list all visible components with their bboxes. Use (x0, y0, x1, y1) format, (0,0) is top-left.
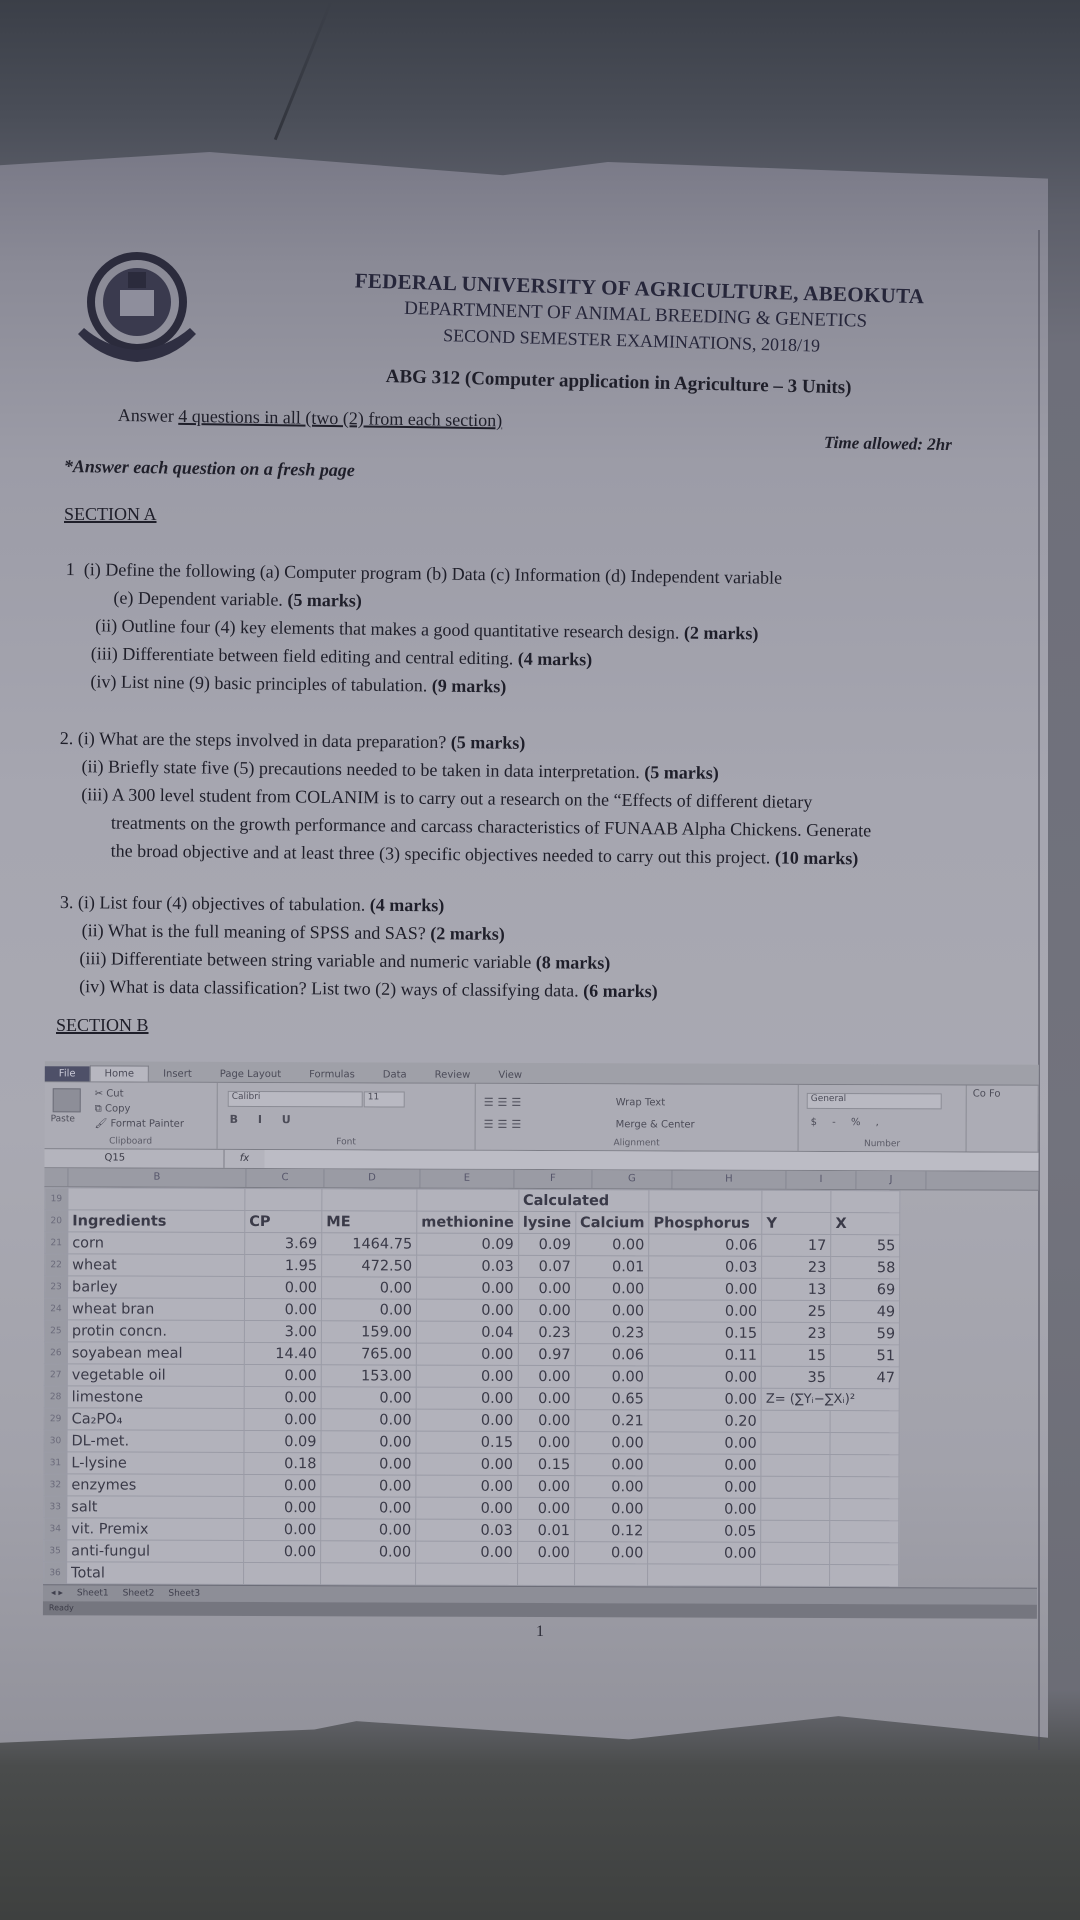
paste-label: Paste (51, 1114, 75, 1124)
value-cell (244, 1562, 321, 1584)
value-cell: 0.00 (417, 1277, 519, 1299)
row-number: 34 (44, 1518, 67, 1540)
tab-file: File (45, 1066, 90, 1081)
value-cell: 0.00 (416, 1497, 518, 1519)
sheet-tab-1: Sheet1 (77, 1588, 109, 1598)
marks: (5 marks) (451, 732, 526, 753)
value-cell: 1464.75 (322, 1233, 417, 1255)
value-cell: 0.00 (321, 1409, 416, 1431)
value-cell: 0.00 (244, 1408, 321, 1430)
ingredient-cell: anti-fungul (67, 1540, 244, 1563)
cell (322, 1189, 417, 1211)
conditional-format-group: Co Fo (967, 1085, 1039, 1151)
marks: (5 marks) (287, 590, 362, 611)
row-number: 22 (45, 1254, 68, 1276)
value-cell: 0.15 (416, 1431, 518, 1453)
value-cell: 0.00 (244, 1474, 321, 1496)
value-cell: 3.00 (244, 1320, 321, 1342)
question-part-cont: treatments on the growth performance and… (111, 813, 871, 841)
col-letter: G (592, 1170, 672, 1188)
value-cell: 0.12 (574, 1520, 647, 1542)
value-cell: 0.00 (321, 1299, 416, 1321)
value-cell: 15 (761, 1344, 830, 1366)
value-cell: 0.00 (321, 1431, 416, 1453)
sheet-nav-icon: ◂ ▸ (51, 1588, 63, 1598)
ingredient-cell: soyabean meal (67, 1342, 244, 1365)
value-cell: 159.00 (321, 1321, 416, 1343)
ingredient-cell: wheat (68, 1254, 245, 1277)
table-row: 21corn3.691464.750.090.090.000.061755 (45, 1232, 900, 1257)
time-allowed: Time allowed: 2hr (824, 433, 952, 455)
table-header-row: 20 Ingredients CP ME methionine lysine C… (45, 1210, 900, 1235)
value-cell: 0.00 (244, 1386, 321, 1408)
question-part: (ii) Briefly state five (5) precautions … (81, 756, 639, 782)
value-cell: 0.00 (575, 1366, 648, 1388)
value-cell: 0.06 (575, 1344, 648, 1366)
value-cell (830, 1477, 899, 1499)
col-letter: J (856, 1171, 926, 1189)
column-header: Y (762, 1212, 831, 1234)
value-cell (517, 1563, 574, 1585)
tab-view: View (484, 1068, 536, 1083)
ingredient-cell: Total (67, 1562, 244, 1585)
value-cell: 0.00 (322, 1277, 417, 1299)
value-cell: 0.09 (417, 1233, 519, 1255)
question-part: (iv) List nine (9) basic principles of t… (90, 671, 427, 695)
table-row: 31L-lysine0.180.000.000.150.000.00 (44, 1452, 899, 1477)
row-number: 25 (44, 1320, 67, 1342)
value-cell: 0.00 (416, 1299, 518, 1321)
table-row: 34vit. Premix0.000.000.030.010.120.05 (44, 1518, 899, 1543)
value-cell: 0.97 (518, 1343, 575, 1365)
value-cell: 0.00 (244, 1298, 321, 1320)
value-cell: 0.23 (575, 1322, 648, 1344)
question-part: (iv) What is data classification? List t… (79, 976, 579, 1000)
value-cell: 0.03 (417, 1255, 519, 1277)
value-cell (761, 1476, 830, 1498)
value-cell: 0.11 (648, 1344, 761, 1366)
value-cell: 0.00 (244, 1518, 321, 1540)
value-cell: 0.00 (416, 1409, 518, 1431)
value-cell: 0.09 (244, 1430, 321, 1452)
number-group: General $ - % , Number (799, 1085, 967, 1152)
value-cell: 0.00 (244, 1364, 321, 1386)
value-cell: 0.00 (518, 1431, 575, 1453)
cut-label: Cut (106, 1088, 123, 1099)
value-cell: 0.00 (575, 1498, 648, 1520)
value-cell (830, 1499, 899, 1521)
value-cell: 13 (762, 1278, 831, 1300)
value-cell: 0.00 (321, 1541, 416, 1563)
table-row: 32enzymes0.000.000.000.000.000.00 (44, 1474, 899, 1499)
value-cell: 0.18 (244, 1452, 321, 1474)
value-cell: 0.00 (416, 1365, 518, 1387)
merge-center-label: Merge & Center (616, 1114, 695, 1136)
value-cell: 69 (831, 1279, 900, 1301)
alignment-group: ☰☰☰☰☰☰ Wrap Text Merge & Center Alignmen… (476, 1084, 799, 1151)
value-cell (830, 1455, 899, 1477)
fresh-page-note: *Answer each question on a fresh page (64, 456, 355, 481)
value-cell: 59 (831, 1323, 900, 1345)
col-letter: F (514, 1170, 592, 1188)
value-cell: 0.00 (648, 1432, 761, 1454)
value-cell: 0.00 (648, 1542, 761, 1564)
value-cell: 47 (830, 1367, 899, 1389)
ingredient-cell: protin concn. (67, 1320, 244, 1343)
table-row: 26soyabean meal14.40765.000.000.970.060.… (44, 1342, 899, 1367)
column-header: methionine (417, 1211, 519, 1233)
value-cell: 0.00 (648, 1498, 761, 1520)
value-cell: 0.15 (518, 1453, 575, 1475)
value-cell: 0.00 (518, 1299, 575, 1321)
value-cell (830, 1565, 899, 1587)
paste-icon (53, 1088, 81, 1112)
table-row: 24wheat bran0.000.000.000.000.000.002549 (44, 1298, 899, 1323)
col-letter: I (786, 1171, 856, 1189)
section-b-title: SECTION B (56, 1015, 149, 1036)
number-format-box: General (807, 1093, 942, 1109)
column-header: CP (245, 1210, 322, 1232)
question-part-cont: the broad objective and at least three (… (111, 841, 771, 868)
value-cell: 17 (762, 1234, 831, 1256)
value-cell: 0.00 (575, 1234, 648, 1256)
value-cell: 0.00 (416, 1343, 518, 1365)
value-cell: 0.00 (416, 1541, 518, 1563)
page-margin-line (1038, 230, 1040, 1750)
answer-count: 4 questions in all (two (2) from each se… (178, 406, 502, 431)
font-format-tools: B I U (230, 1113, 299, 1126)
value-cell (416, 1563, 518, 1585)
value-cell (761, 1564, 830, 1586)
table-row: 33salt0.000.000.000.000.000.00 (44, 1496, 899, 1521)
table-row: 36Total (44, 1562, 899, 1587)
ingredient-cell: vegetable oil (67, 1364, 244, 1387)
value-cell: 0.23 (518, 1321, 575, 1343)
value-cell: 0.07 (518, 1255, 575, 1277)
university-crest-icon (72, 250, 202, 370)
value-cell: 3.69 (245, 1232, 322, 1254)
value-cell: 153.00 (321, 1365, 416, 1387)
col-letter: H (672, 1170, 786, 1188)
row-number: 21 (45, 1232, 68, 1254)
value-cell: 0.15 (649, 1322, 762, 1344)
answer-prefix: Answer (118, 405, 179, 426)
question-part: (i) Define the following (a) Computer pr… (84, 559, 782, 588)
column-header: Ingredients (68, 1210, 245, 1233)
question-number: 2. (60, 728, 74, 748)
col-letter: E (420, 1170, 514, 1188)
marks: (2 marks) (684, 623, 759, 644)
question-part-cont: (e) Dependent variable. (113, 588, 283, 610)
sheet-tab-2: Sheet2 (123, 1589, 155, 1599)
row-number: 33 (44, 1496, 67, 1518)
value-cell: 0.00 (244, 1496, 321, 1518)
name-box: Q15 (44, 1149, 224, 1168)
question-number: 1 (66, 559, 75, 579)
value-cell: 23 (762, 1256, 831, 1278)
page-number: 1 (536, 1623, 544, 1641)
alignment-label: Alignment (476, 1138, 798, 1149)
marks: (5 marks) (644, 762, 719, 783)
ingredient-cell: barley (68, 1276, 245, 1299)
formula-input (264, 1150, 1038, 1171)
number-label: Number (799, 1139, 966, 1150)
value-cell: 0.65 (575, 1388, 648, 1410)
tab-home: Home (90, 1065, 150, 1081)
ingredient-cell: L-lysine (67, 1452, 244, 1475)
value-cell (761, 1498, 830, 1520)
value-cell: 0.00 (648, 1366, 761, 1388)
value-cell: 0.00 (649, 1278, 762, 1300)
value-cell: 0.03 (416, 1519, 518, 1541)
value-cell: 0.00 (575, 1454, 648, 1476)
question-1: 1 (i) Define the following (a) Computer … (64, 555, 782, 704)
value-cell: 0.01 (517, 1519, 574, 1541)
ingredient-cell: DL-met. (67, 1430, 244, 1453)
marks: (10 marks) (775, 847, 859, 868)
table-row: 35anti-fungul0.000.000.000.000.000.00 (44, 1540, 899, 1565)
fx-icon: fx (224, 1150, 264, 1168)
value-cell: 51 (830, 1345, 899, 1367)
spreadsheet-grid: 19 Calculated 20 Ingredients CP ME methi… (43, 1187, 901, 1587)
value-cell: 0.00 (649, 1300, 762, 1322)
value-cell: 0.00 (648, 1388, 761, 1410)
column-header: X (831, 1213, 900, 1235)
value-cell: 0.00 (575, 1278, 648, 1300)
value-cell: 0.00 (416, 1453, 518, 1475)
table-row: 27vegetable oil0.00153.000.000.000.000.0… (44, 1364, 899, 1389)
cut-icon: ✂ (95, 1088, 107, 1099)
table-row: 25protin concn.3.00159.000.040.230.230.1… (44, 1320, 899, 1345)
marks: (6 marks) (583, 981, 658, 1002)
col-letter: B (68, 1168, 246, 1187)
calculated-label: Calculated (518, 1189, 649, 1211)
ingredient-cell: Ca₂PO₄ (67, 1408, 244, 1431)
value-cell: 472.50 (322, 1255, 417, 1277)
font-name-box: Calibri (228, 1091, 363, 1107)
value-cell: 0.00 (648, 1476, 761, 1498)
value-cell: 0.00 (245, 1276, 322, 1298)
tab-page-layout: Page Layout (206, 1067, 295, 1082)
value-cell: 0.00 (321, 1519, 416, 1541)
value-cell (648, 1564, 761, 1586)
value-cell: 0.00 (518, 1365, 575, 1387)
tab-data: Data (369, 1067, 421, 1082)
question-3: 3. (i) List four (4) objectives of tabul… (59, 888, 658, 1005)
value-cell: 23 (762, 1322, 831, 1344)
row-number: 29 (44, 1408, 67, 1430)
value-cell: 0.00 (518, 1277, 575, 1299)
row-number: 26 (44, 1342, 67, 1364)
value-cell (830, 1521, 899, 1543)
copy-icon: ⧉ (95, 1103, 105, 1114)
ingredient-cell: corn (68, 1232, 245, 1255)
value-cell: 0.00 (321, 1387, 416, 1409)
cell (417, 1189, 519, 1211)
value-cell (574, 1564, 647, 1586)
question-part: (i) List four (4) objectives of tabulati… (78, 892, 366, 915)
clipboard-items: ✂ Cut ⧉ Copy 🖌 Format Painter (95, 1086, 184, 1131)
ingredient-cell: wheat bran (67, 1298, 244, 1321)
value-cell: 0.00 (575, 1432, 648, 1454)
ingredient-cell: salt (67, 1496, 244, 1519)
value-cell: 0.01 (575, 1256, 648, 1278)
value-cell: 25 (762, 1300, 831, 1322)
value-cell: 49 (831, 1301, 900, 1323)
font-size-box: 11 (364, 1091, 405, 1107)
ingredient-cell: enzymes (67, 1474, 244, 1497)
font-label: Font (218, 1137, 475, 1148)
value-cell: 0.00 (517, 1541, 574, 1563)
value-cell: 55 (831, 1235, 900, 1257)
value-cell: 0.00 (575, 1300, 648, 1322)
question-part: (iii) Differentiate between string varia… (79, 948, 531, 972)
cell (68, 1188, 245, 1211)
row-number: 36 (44, 1562, 67, 1584)
row-number: 32 (44, 1474, 67, 1496)
row-number: 20 (45, 1210, 68, 1232)
value-cell: Z= (∑Yᵢ−∑Xᵢ)² (761, 1388, 899, 1410)
row-number: 28 (44, 1386, 67, 1408)
value-cell (761, 1542, 830, 1564)
value-cell: 0.00 (321, 1453, 416, 1475)
row-number: 31 (44, 1452, 67, 1474)
column-header: Calcium (576, 1212, 649, 1234)
value-cell (761, 1410, 830, 1432)
value-cell: 0.05 (648, 1520, 761, 1542)
excel-screenshot: File Home Insert Page Layout Formulas Da… (43, 1061, 1039, 1550)
table-row: 28limestone0.000.000.000.000.650.00Z= (∑… (44, 1386, 899, 1411)
section-a-title: SECTION A (64, 504, 157, 525)
value-cell: 0.00 (574, 1542, 647, 1564)
value-cell (830, 1433, 899, 1455)
table-row: 23barley0.000.000.000.000.000.001369 (45, 1276, 900, 1301)
question-number: 3. (60, 892, 74, 912)
value-cell (761, 1520, 830, 1542)
tab-formulas: Formulas (295, 1067, 369, 1082)
value-cell: 0.00 (416, 1475, 518, 1497)
value-cell: 765.00 (321, 1343, 416, 1365)
value-cell: 0.00 (518, 1387, 575, 1409)
value-cell: 0.20 (648, 1410, 761, 1432)
ribbon: Paste ✂ Cut ⧉ Copy 🖌 Format Painter Clip… (45, 1082, 1039, 1152)
cell (245, 1188, 322, 1210)
table-row: 22wheat1.95472.500.030.070.010.032358 (45, 1254, 900, 1279)
marks: (2 marks) (430, 923, 505, 944)
value-cell (761, 1454, 830, 1476)
question-part: (iii) Differentiate between field editin… (91, 643, 514, 668)
value-cell: 0.03 (649, 1256, 762, 1278)
marks: (4 marks) (370, 895, 445, 916)
number-tools: $ - % , (811, 1117, 885, 1128)
marks: (4 marks) (518, 649, 593, 670)
question-part: (ii) Outline four (4) key elements that … (95, 615, 680, 642)
table-row: 19 Calculated (45, 1188, 900, 1213)
copy-label: Copy (105, 1103, 130, 1114)
value-cell: 0.00 (321, 1497, 416, 1519)
row-number: 19 (45, 1188, 68, 1210)
value-cell: 0.00 (517, 1497, 574, 1519)
value-cell: 0.00 (648, 1454, 761, 1476)
value-cell (321, 1563, 416, 1585)
value-cell: 14.40 (244, 1342, 321, 1364)
value-cell (761, 1432, 830, 1454)
cell (831, 1191, 900, 1213)
value-cell (830, 1411, 899, 1433)
value-cell: 0.21 (575, 1410, 648, 1432)
value-cell: 35 (761, 1366, 830, 1388)
font-group: Calibri 11 B I U Font (218, 1083, 476, 1150)
row-number: 24 (44, 1298, 67, 1320)
table-row: 30DL-met.0.090.000.150.000.000.00 (44, 1430, 899, 1455)
format-painter-icon: 🖌 (95, 1118, 111, 1129)
value-cell: 0.00 (321, 1475, 416, 1497)
value-cell: 0.00 (244, 1540, 321, 1562)
tab-insert: Insert (149, 1067, 206, 1082)
question-2: 2. (i) What are the steps involved in da… (59, 724, 873, 872)
column-header: lysine (518, 1211, 575, 1233)
col-letter: D (324, 1169, 420, 1187)
cell (762, 1190, 831, 1212)
wrap-merge: Wrap Text Merge & Center (616, 1092, 695, 1136)
value-cell: 0.04 (416, 1321, 518, 1343)
ingredient-cell: vit. Premix (67, 1518, 244, 1541)
column-header: Phosphorus (649, 1212, 762, 1234)
format-painter-label: Format Painter (110, 1118, 183, 1129)
wrap-text-label: Wrap Text (616, 1092, 695, 1114)
value-cell: 58 (831, 1257, 900, 1279)
marks: (8 marks) (536, 952, 611, 973)
tab-review: Review (421, 1068, 485, 1083)
value-cell: 0.00 (517, 1475, 574, 1497)
value-cell (830, 1543, 899, 1565)
question-part: (i) What are the steps involved in data … (78, 728, 447, 752)
value-cell: 0.00 (416, 1387, 518, 1409)
row-number: 30 (44, 1430, 67, 1452)
value-cell: 1.95 (245, 1254, 322, 1276)
cell (649, 1190, 762, 1212)
value-cell: 0.06 (649, 1234, 762, 1256)
conditional-format-label: Co Fo (973, 1089, 1001, 1100)
marks: (9 marks) (432, 675, 507, 696)
question-part: (iii) A 300 level student from COLANIM i… (81, 784, 812, 812)
clipboard-label: Clipboard (45, 1136, 217, 1147)
value-cell: 0.00 (518, 1409, 575, 1431)
row-number: 27 (44, 1364, 67, 1386)
column-header: ME (322, 1211, 417, 1233)
question-part: (ii) What is the full meaning of SPSS an… (82, 920, 426, 943)
row-number: 23 (45, 1276, 68, 1298)
clipboard-group: Paste ✂ Cut ⧉ Copy 🖌 Format Painter Clip… (45, 1082, 218, 1149)
background-crease (274, 0, 333, 140)
alignment-icons: ☰☰☰☰☰☰ (484, 1092, 526, 1136)
ingredient-cell: limestone (67, 1386, 244, 1409)
table-row: 29Ca₂PO₄0.000.000.000.000.210.20 (44, 1408, 899, 1433)
value-cell: 0.09 (518, 1233, 575, 1255)
row-number: 35 (44, 1540, 67, 1562)
value-cell: 0.00 (575, 1476, 648, 1498)
col-letter: C (246, 1169, 324, 1187)
sheet-tab-3: Sheet3 (168, 1589, 200, 1599)
